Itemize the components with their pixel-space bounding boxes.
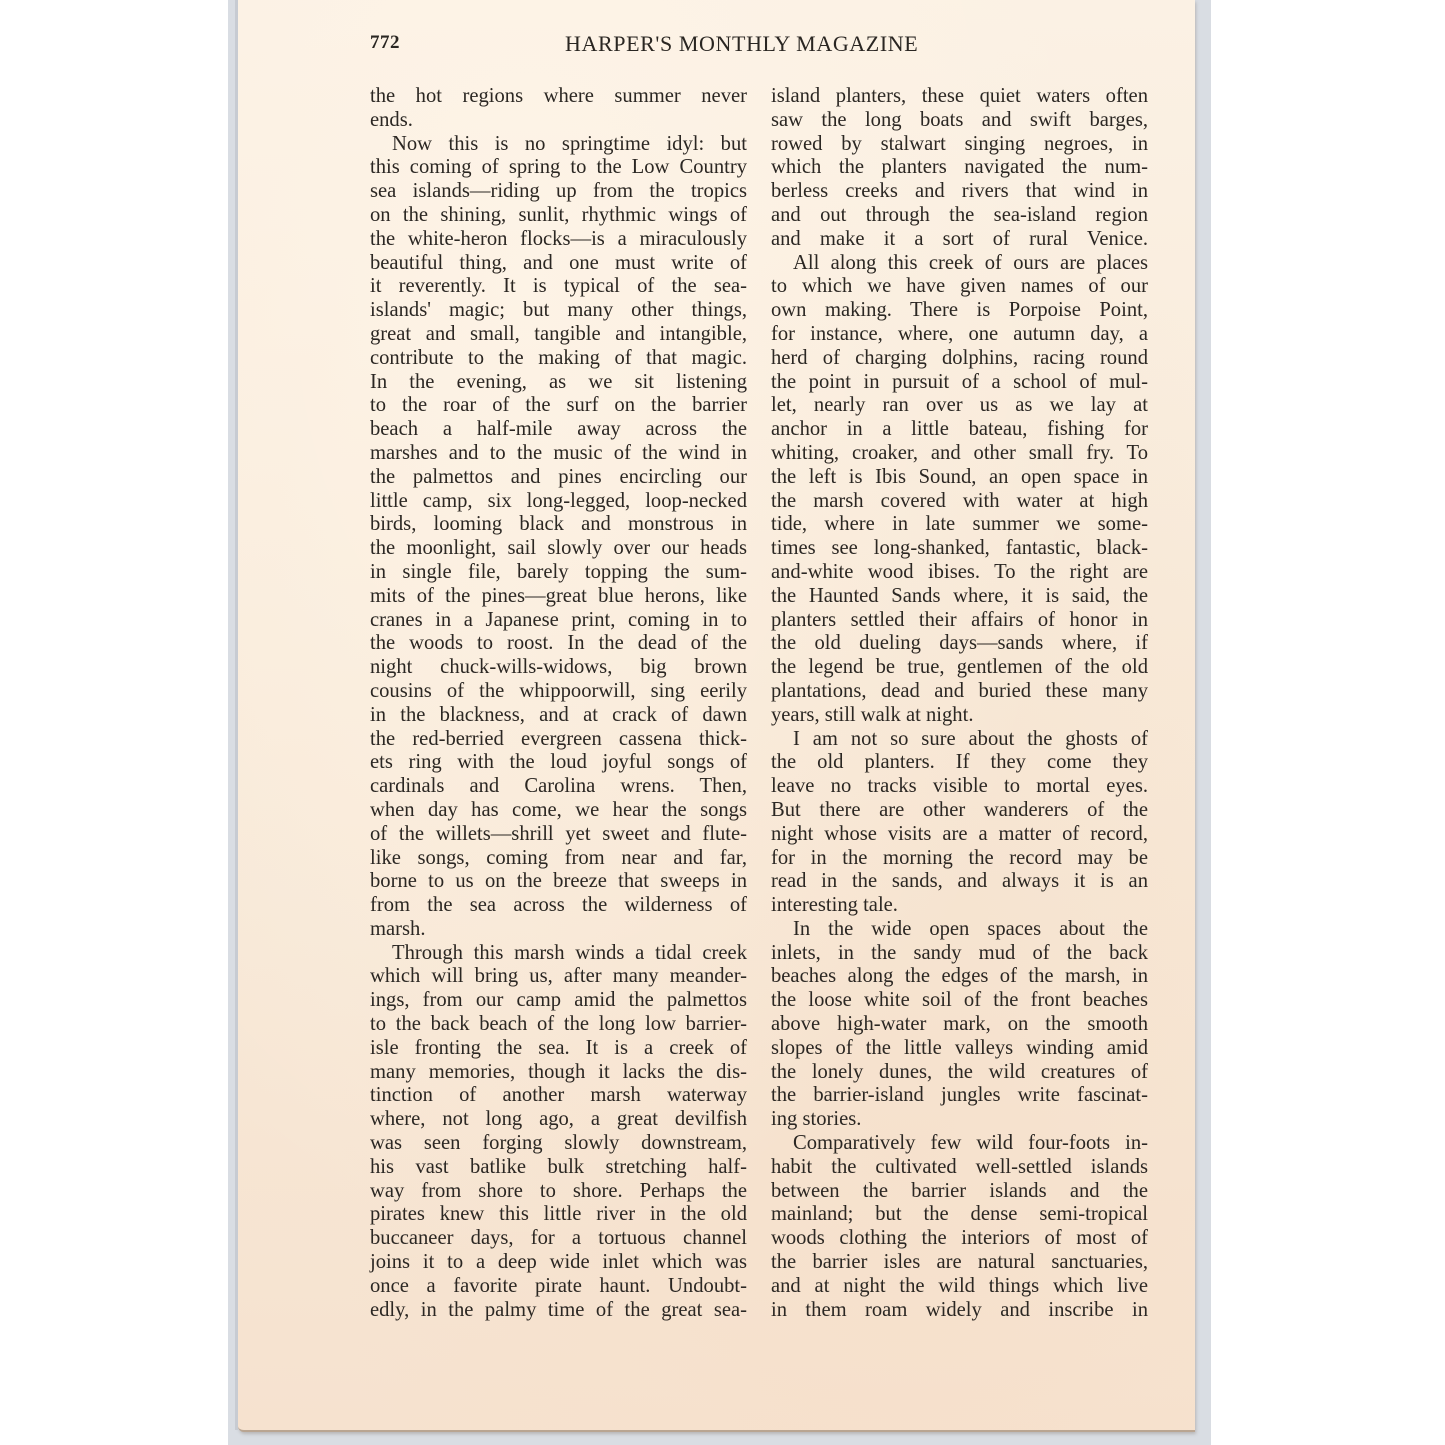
text-line: slopes of the little valleys winding ami…	[771, 1037, 1148, 1061]
text-line: where, not long ago, a great devilfish	[370, 1108, 747, 1132]
text-line: contribute to the making of that magic.	[370, 347, 747, 371]
text-line: the point in pursuit of a school of mul-	[771, 371, 1148, 395]
text-line: mits of the pines—great blue herons, lik…	[370, 585, 747, 609]
text-line: for instance, where, one autumn day, a	[771, 323, 1148, 347]
text-line: his vast batlike bulk stretching half-	[370, 1156, 747, 1180]
text-line: in single file, barely topping the sum-	[370, 561, 747, 585]
text-line: years, still walk at night.	[771, 704, 1148, 728]
text-line: I am not so sure about the ghosts of	[771, 728, 1148, 752]
text-line: above high-water mark, on the smooth	[771, 1013, 1148, 1037]
text-line: to which we have given names of our	[771, 275, 1148, 299]
text-line: of the willets—shrill yet sweet and flut…	[370, 823, 747, 847]
text-line: inlets, in the sandy mud of the back	[771, 942, 1148, 966]
text-line: Comparatively few wild four-foots in-	[771, 1132, 1148, 1156]
text-line: the woods to roost. In the dead of the	[370, 632, 747, 656]
text-line: ends.	[370, 109, 747, 133]
text-line: habit the cultivated well-settled island…	[771, 1156, 1148, 1180]
text-line: and make it a sort of rural Venice.	[771, 228, 1148, 252]
text-line: tide, where in late summer we some-	[771, 513, 1148, 537]
text-line: plantations, dead and buried these many	[771, 680, 1148, 704]
text-line: ets ring with the loud joyful songs of	[370, 751, 747, 775]
page-number: 772	[370, 32, 400, 54]
text-line: to the roar of the surf on the barrier	[370, 394, 747, 418]
text-line: island planters, these quiet waters ofte…	[771, 85, 1148, 109]
text-line: Now this is no springtime idyl: but	[370, 133, 747, 157]
text-line: which the planters navigated the num-	[771, 156, 1148, 180]
text-line: the palmettos and pines encircling our	[370, 466, 747, 490]
text-line: In the wide open spaces about the	[771, 918, 1148, 942]
text-line: rowed by stalwart singing negroes, in	[771, 133, 1148, 157]
text-line: and at night the wild things which live	[771, 1275, 1148, 1299]
text-line: times see long-shanked, fantastic, black…	[771, 537, 1148, 561]
text-line: pirates knew this little river in the ol…	[370, 1203, 747, 1227]
text-line: for in the morning the record may be	[771, 847, 1148, 871]
text-line: beaches along the edges of the marsh, in	[771, 965, 1148, 989]
text-line: berless creeks and rivers that wind in	[771, 180, 1148, 204]
text-line: mainland; but the dense semi-tropical	[771, 1203, 1148, 1227]
text-line: the old planters. If they come they	[771, 751, 1148, 775]
text-line: saw the long boats and swift barges,	[771, 109, 1148, 133]
text-line: marshes and to the music of the wind in	[370, 442, 747, 466]
text-line: woods clothing the interiors of most of	[771, 1227, 1148, 1251]
text-line: sea islands—riding up from the tropics	[370, 180, 747, 204]
text-line: the Haunted Sands where, it is said, the	[771, 585, 1148, 609]
text-column-right: island planters, these quiet waters ofte…	[771, 85, 1148, 1322]
text-line: little camp, six long-legged, loop-necke…	[370, 490, 747, 514]
text-line: cousins of the whippoorwill, sing eerily	[370, 680, 747, 704]
text-line: the moonlight, sail slowly over our head…	[370, 537, 747, 561]
text-line: planters settled their affairs of honor …	[771, 609, 1148, 633]
text-line: anchor in a little bateau, fishing for	[771, 418, 1148, 442]
text-line: tinction of another marsh waterway	[370, 1084, 747, 1108]
text-line: the red-berried evergreen cassena thick-	[370, 728, 747, 752]
text-line: Through this marsh winds a tidal creek	[370, 942, 747, 966]
text-line: leave no tracks visible to mortal eyes.	[771, 775, 1148, 799]
text-line: the white-heron flocks—is a miraculously	[370, 228, 747, 252]
text-line: which will bring us, after many meander-	[370, 965, 747, 989]
text-line: marsh.	[370, 918, 747, 942]
text-line: cardinals and Carolina wrens. Then,	[370, 775, 747, 799]
text-line: when day has come, we hear the songs	[370, 799, 747, 823]
text-line: interesting tale.	[771, 894, 1148, 918]
text-line: way from shore to shore. Perhaps the	[370, 1180, 747, 1204]
text-line: the hot regions where summer never	[370, 85, 747, 109]
text-line: in the blackness, and at crack of dawn	[370, 704, 747, 728]
text-line: many memories, though it lacks the dis-	[370, 1061, 747, 1085]
text-line: from the sea across the wilderness of	[370, 894, 747, 918]
text-line: night whose visits are a matter of recor…	[771, 823, 1148, 847]
text-line: ing stories.	[771, 1108, 1148, 1132]
text-line: the old dueling days—sands where, if	[771, 632, 1148, 656]
text-line: the loose white soil of the front beache…	[771, 989, 1148, 1013]
text-line: let, nearly ran over us as we lay at	[771, 394, 1148, 418]
text-line: the barrier-island jungles write fascina…	[771, 1084, 1148, 1108]
text-line: beautiful thing, and one must write of	[370, 252, 747, 276]
text-line: and out through the sea-island region	[771, 204, 1148, 228]
text-line: own making. There is Porpoise Point,	[771, 299, 1148, 323]
text-line: islands' magic; but many other things,	[370, 299, 747, 323]
text-line: the lonely dunes, the wild creatures of	[771, 1061, 1148, 1085]
text-column-left: the hot regions where summer neverends.N…	[370, 85, 747, 1322]
text-line: and-white wood ibises. To the right are	[771, 561, 1148, 585]
text-line: buccaneer days, for a tortuous channel	[370, 1227, 747, 1251]
text-line: was seen forging slowly downstream,	[370, 1132, 747, 1156]
text-line: In the evening, as we sit listening	[370, 371, 747, 395]
text-line: read in the sands, and always it is an	[771, 870, 1148, 894]
text-line: the barrier isles are natural sanctuarie…	[771, 1251, 1148, 1275]
text-line: this coming of spring to the Low Country	[370, 156, 747, 180]
text-line: to the back beach of the long low barrie…	[370, 1013, 747, 1037]
text-line: the left is Ibis Sound, an open space in	[771, 466, 1148, 490]
text-line: ings, from our camp amid the palmettos	[370, 989, 747, 1013]
text-line: the marsh covered with water at high	[771, 490, 1148, 514]
text-line: cranes in a Japanese print, coming in to	[370, 609, 747, 633]
text-line: isle fronting the sea. It is a creek of	[370, 1037, 747, 1061]
text-line: night chuck-wills-widows, big brown	[370, 656, 747, 680]
text-line: beach a half-mile away across the	[370, 418, 747, 442]
text-line: All along this creek of ours are places	[771, 252, 1148, 276]
text-line: whiting, croaker, and other small fry. T…	[771, 442, 1148, 466]
text-line: between the barrier islands and the	[771, 1180, 1148, 1204]
text-line: herd of charging dolphins, racing round	[771, 347, 1148, 371]
text-line: on the shining, sunlit, rhythmic wings o…	[370, 204, 747, 228]
text-line: edly, in the palmy time of the great sea…	[370, 1299, 747, 1323]
text-line: But there are other wanderers of the	[771, 799, 1148, 823]
text-line: borne to us on the breeze that sweeps in	[370, 870, 747, 894]
text-line: like songs, coming from near and far,	[370, 847, 747, 871]
text-line: the legend be true, gentlemen of the old	[771, 656, 1148, 680]
text-line: joins it to a deep wide inlet which was	[370, 1251, 747, 1275]
text-line: once a favorite pirate haunt. Undoubt-	[370, 1275, 747, 1299]
text-line: great and small, tangible and intangible…	[370, 323, 747, 347]
text-line: it reverently. It is typical of the sea-	[370, 275, 747, 299]
magazine-title: HARPER'S MONTHLY MAGAZINE	[565, 31, 918, 57]
running-head: 772 HARPER'S MONTHLY MAGAZINE	[370, 31, 1148, 57]
text-line: in them roam widely and inscribe in	[771, 1299, 1148, 1323]
text-line: birds, looming black and monstrous in	[370, 513, 747, 537]
